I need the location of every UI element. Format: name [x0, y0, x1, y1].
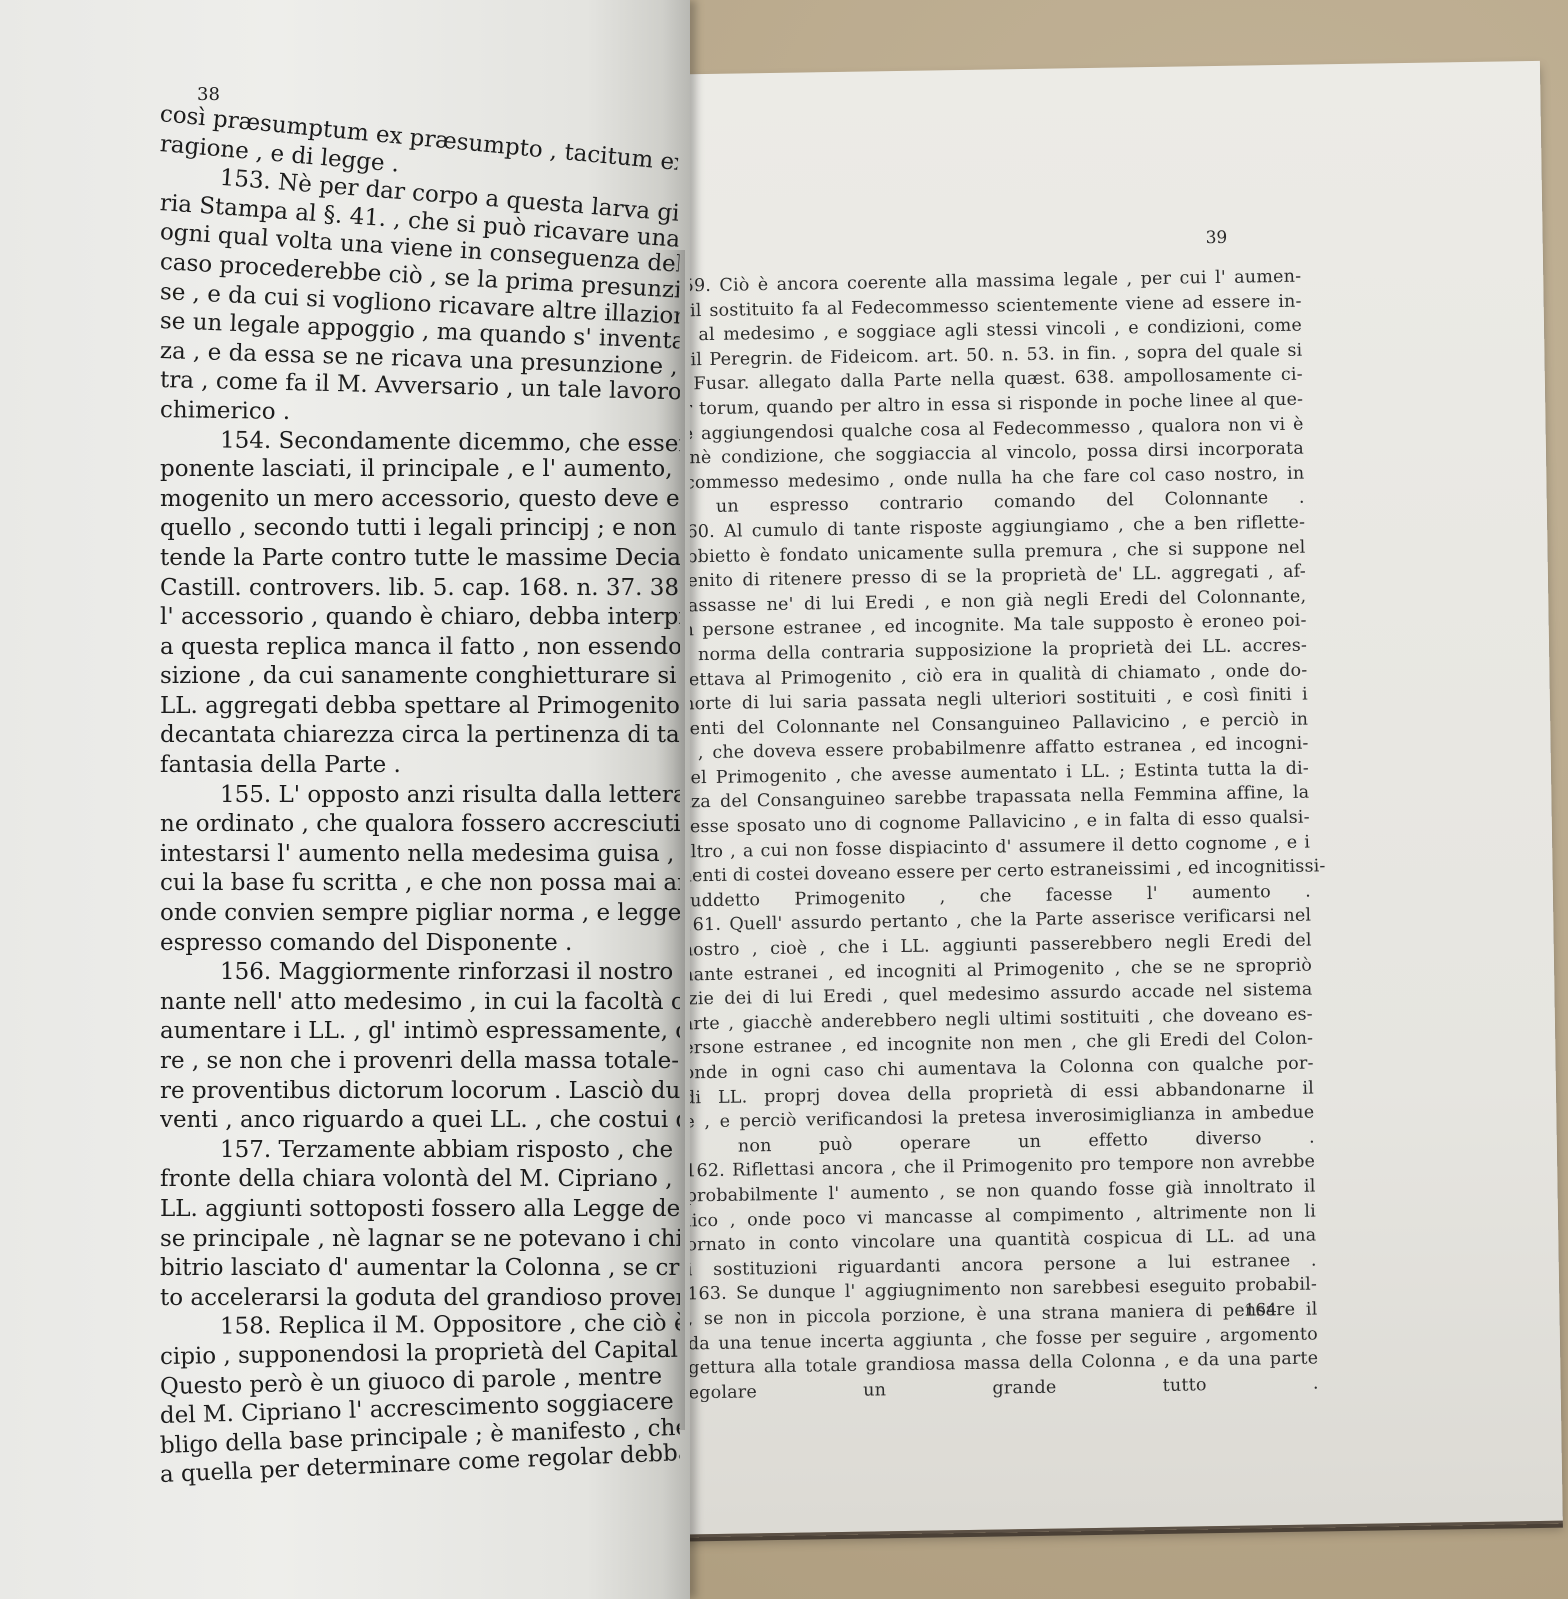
- text-line: tende la Parte contro tutte le massime D…: [160, 544, 680, 574]
- text-line: 157. Terzamente abbiam risposto , che fr…: [160, 1136, 680, 1166]
- text-line: sizione , da cui sanamente conghietturar…: [160, 662, 680, 692]
- left-page: 38 così præsumptum ex præsumpto , tacitu…: [0, 0, 690, 1599]
- text-line: intestarsi l' aumento nella medesima gui…: [160, 840, 680, 870]
- text-line: LL. aggregati debba spettare al Primogen…: [160, 692, 680, 722]
- text-line: to accelerarsi la goduta del grandioso p…: [160, 1284, 680, 1314]
- text-line: espresso comando del Disponente .: [160, 929, 680, 959]
- page-curl-shadow: [655, 250, 685, 1430]
- text-line: ne ordinato , che qualora fossero accres…: [160, 810, 680, 840]
- text-line: cui la base fu scritta , e che non possa…: [160, 869, 680, 899]
- text-line: re proventibus dictorum locorum . Lasciò…: [160, 1077, 680, 1107]
- text-line: decantata chiarezza circa la pertinenza …: [160, 721, 680, 751]
- text-line: quello , secondo tutti i legali principj…: [160, 514, 680, 544]
- text-line: fantasia della Parte .: [160, 751, 680, 781]
- text-line: bitrio lasciato d' aumentar la Colonna ,…: [160, 1254, 680, 1284]
- text-line: a questa replica manca il fatto , non es…: [160, 633, 680, 663]
- text-line: LL. aggiunti sottoposti fossero alla Leg…: [160, 1195, 680, 1225]
- text-line: se principale , nè lagnar se ne potevano…: [160, 1225, 680, 1255]
- text-line: l' accessorio , quando è chiaro, debba i…: [160, 603, 680, 633]
- text-line: 156. Maggiormente rinforzasi il nostro a…: [160, 958, 680, 988]
- right-page: 39 159. Ciò è ancora coerente alla massi…: [640, 61, 1563, 1538]
- text-line: venti , anco riguardo a quei LL. , che c…: [160, 1106, 680, 1136]
- text-line: 155. L' opposto anzi risulta dalla lette…: [160, 781, 680, 811]
- right-page-text: 159. Ciò è ancora coerente alla massima …: [671, 265, 1319, 1406]
- text-line: nante nell' atto medesimo , in cui la fa…: [160, 988, 680, 1018]
- catchword: 164.: [1244, 1300, 1282, 1321]
- text-line: Castill. controvers. lib. 5. cap. 168. n…: [160, 574, 680, 604]
- text-line: ponente lasciati, il principale , e l' a…: [160, 455, 680, 485]
- text-line: re , se non che i provenri della massa t…: [160, 1047, 680, 1077]
- text-line: fronte della chiara volontà del M. Cipri…: [160, 1165, 680, 1195]
- text-line: onde convien sempre pigliar norma , e le…: [160, 899, 680, 929]
- right-page-number: 39: [1205, 228, 1227, 248]
- text-line: mogenito un mero accessorio, questo deve…: [160, 485, 680, 515]
- text-line: aumentare i LL. , gl' intimò espressamen…: [160, 1017, 680, 1047]
- left-page-text: così præsumptum ex præsumpto , tacitum e…: [160, 100, 680, 1491]
